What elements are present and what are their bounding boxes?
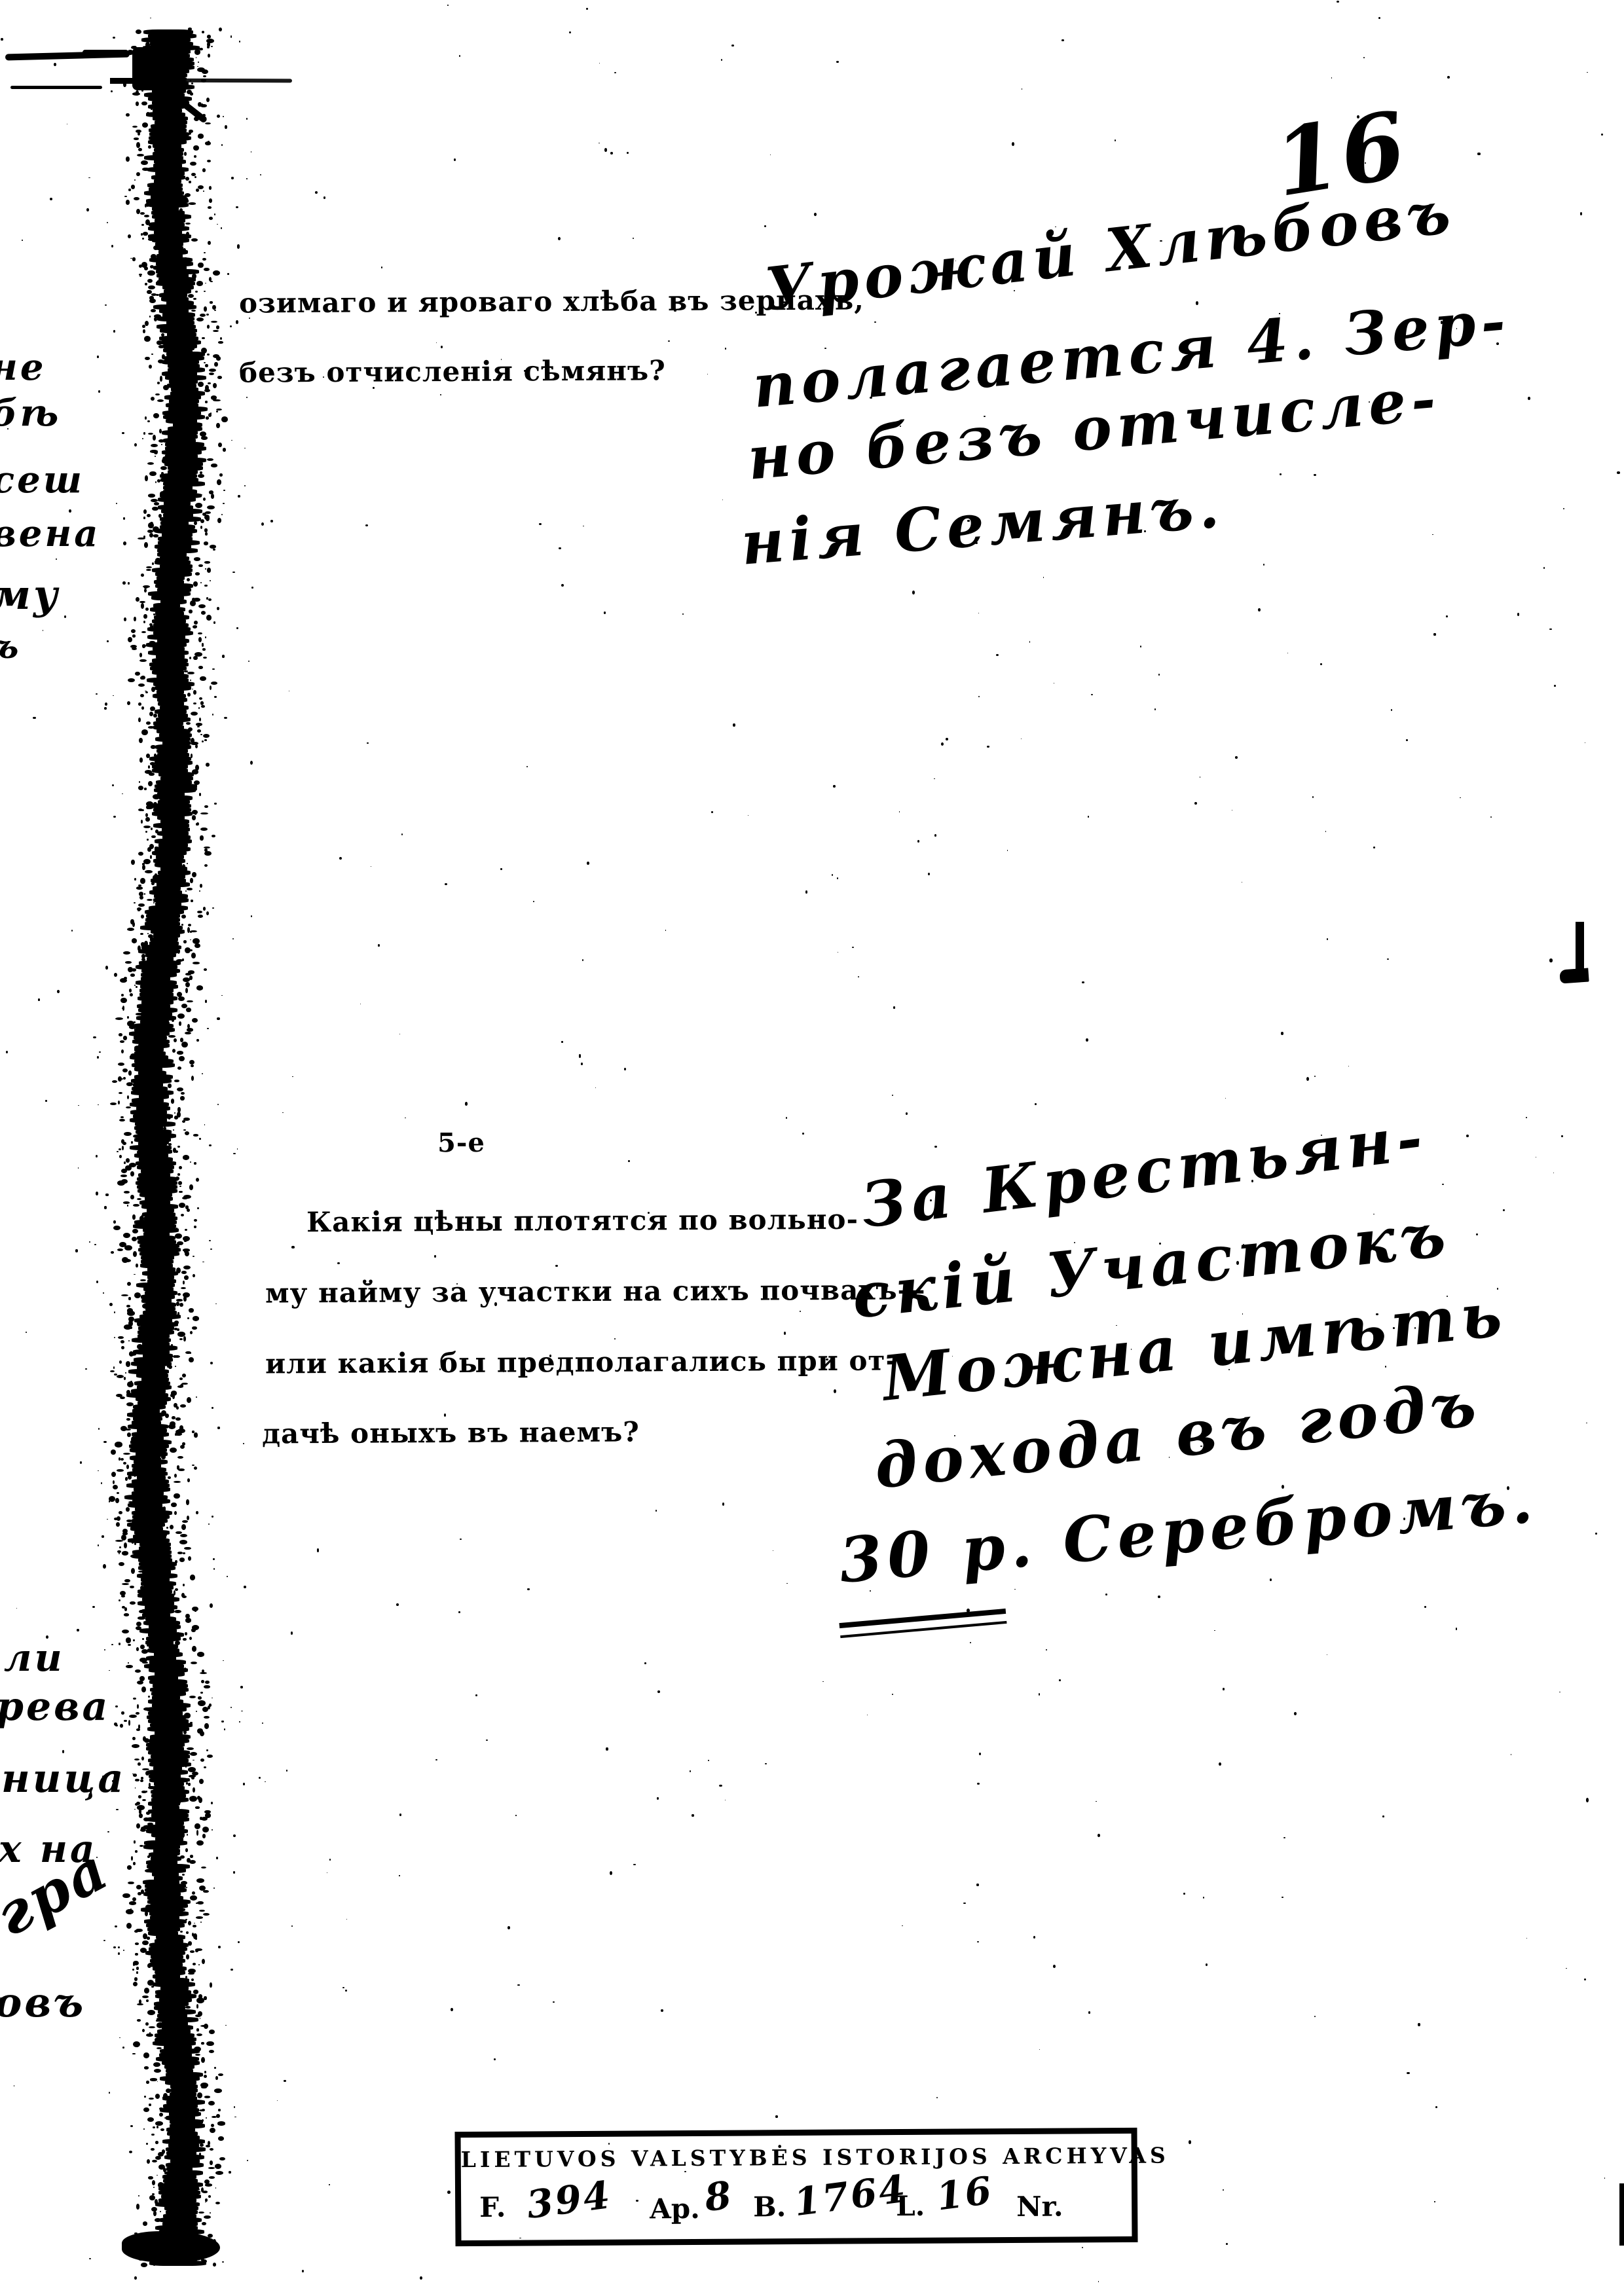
stamp-fond-value: 394 <box>524 2172 614 2227</box>
stamp-l-label: L. <box>896 2190 925 2222</box>
top-left-dash-row <box>10 86 102 89</box>
stamp-ap-value: 8 <box>702 2172 736 2220</box>
margin-fragment-top-3: сеш <box>0 458 84 501</box>
printed-question5-line4: дачѣ оныхъ въ наемъ? <box>262 1415 640 1449</box>
stamp-fond-label: F. <box>479 2191 506 2223</box>
stamp-ap-label: Ap. <box>650 2193 700 2225</box>
printed-question5-line1: Какія цѣны плотятся по вольно- <box>306 1203 858 1238</box>
archive-stamp: LIETUVOS VALSTYBĖS ISTORIJOS ARCHYVAS F.… <box>454 2128 1137 2246</box>
right-edge-corner-mark-foot <box>1559 968 1589 983</box>
printed-question5-line3: или какія бы предполагались при от- <box>265 1344 898 1379</box>
stamp-b-value: 1764 <box>791 2166 910 2225</box>
binding-bottom-smear <box>122 2231 220 2263</box>
scanned-archive-page: 16 озимаго и яроваго хлѣба въ зернахъ, б… <box>0 0 1624 2296</box>
stamp-l-value: 16 <box>934 2168 996 2219</box>
top-left-squiggle-mark-2 <box>83 50 128 55</box>
printed-question4-line2: безъ отчисленія сѣмянъ? <box>239 354 666 388</box>
margin-fragment-top-2: бѣ <box>0 392 61 435</box>
archive-stamp-title: LIETUVOS VALSTYBĖS ISTORIJOS ARCHYVAS <box>461 2143 1132 2172</box>
margin-fragment-bottom-6: овъ <box>0 1978 86 2026</box>
margin-fragment-top-6: ъ <box>0 627 21 666</box>
section5-heading: 5-е <box>437 1127 485 1158</box>
margin-fragment-top-1: не <box>0 346 46 389</box>
margin-fragment-top-5: му <box>0 571 60 619</box>
top-left-dotted-line-mark <box>156 79 292 83</box>
margin-fragment-top-4: вена <box>0 512 101 555</box>
printed-question5-line2: му найму за участки на сихъ почвахъ— <box>265 1273 926 1309</box>
margin-fragment-bottom-3: ница <box>1 1756 126 1802</box>
margin-fragment-bottom-2: рева <box>0 1684 110 1730</box>
margin-fragment-bottom-1: ли <box>4 1635 65 1680</box>
answer5-amount-underline <box>839 1609 1006 1638</box>
stamp-b-label: B. <box>753 2191 786 2223</box>
stamp-nr-label: Nr. <box>1016 2191 1063 2223</box>
right-edge-sliver <box>1619 2183 1624 2246</box>
